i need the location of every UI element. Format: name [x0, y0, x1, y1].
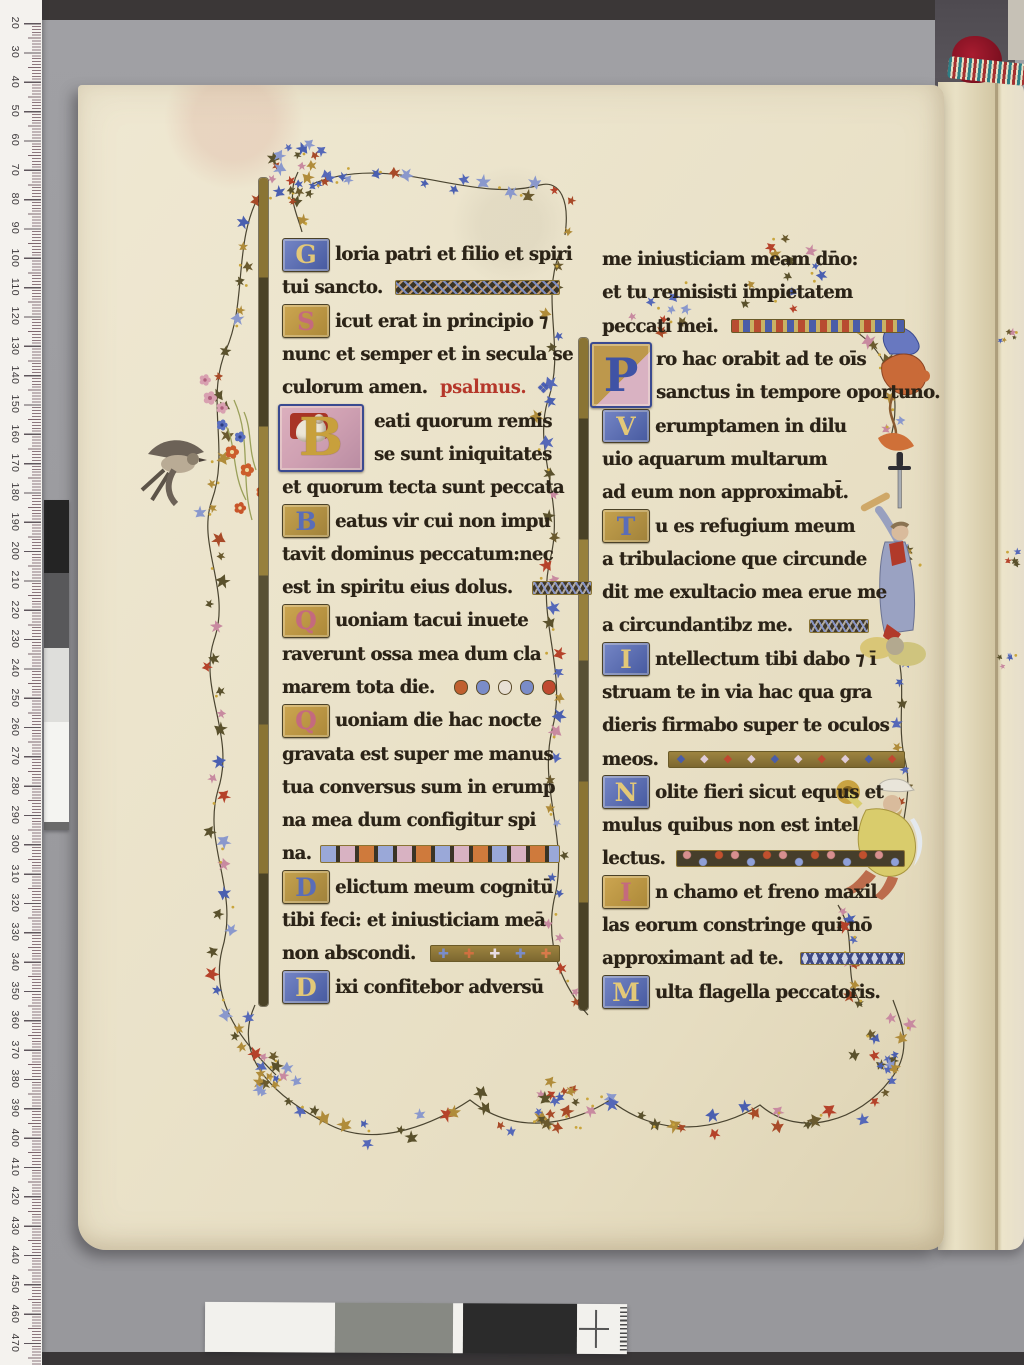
text-line: na. — [282, 837, 560, 870]
copy-stand-top-strip — [38, 0, 1024, 20]
text-line: uio aquarum multarum — [602, 443, 905, 476]
manuscript-text: tua conversus sum in erump — [282, 778, 555, 797]
ruler-label: 210 — [9, 565, 21, 595]
text-line: dit me exultacio mea erue me — [602, 576, 905, 609]
ruler-label: 320 — [9, 888, 21, 918]
manuscript-text: ixi confitebor adversū — [335, 978, 543, 997]
illuminated-initial-N: N — [602, 775, 650, 809]
text-line: a tribulacione que circunde — [602, 543, 905, 576]
illuminated-initial-B: B — [278, 404, 364, 472]
illuminated-initial-D: D — [282, 970, 330, 1004]
manuscript-text: struam te in via hac qua gra — [602, 683, 872, 702]
text-line: approximant ad te. — [602, 942, 905, 975]
illuminated-initial-P: P — [590, 342, 652, 408]
ruler-label: 260 — [9, 712, 21, 742]
text-line: non abscondi.✚✚✚✚✚ — [282, 937, 560, 970]
line-filler — [320, 845, 560, 863]
manuscript-text: na. — [282, 844, 311, 863]
manuscript-text: elictum meum cognitū — [335, 878, 553, 897]
grayscale-patch — [44, 648, 69, 722]
text-column-right: me iniusticiam meam dn̄o:et tu remisisti… — [602, 243, 905, 1009]
manuscript-text: las eorum constringe qui nō — [602, 916, 872, 935]
text-line: et quorum tecta sunt peccata — [282, 471, 560, 504]
manuscript-text: ulta flagella peccatoris. — [655, 983, 880, 1002]
line-filler — [532, 581, 592, 595]
line-filler — [800, 952, 905, 965]
line-filler — [676, 850, 905, 867]
ruler-label: 130 — [9, 331, 21, 361]
ruler-label: 80 — [9, 184, 21, 214]
manuscript-text: se sunt iniquitates — [374, 445, 552, 464]
ruler-label: 60 — [9, 125, 21, 155]
grayscale-calibration-strip — [44, 500, 69, 830]
ruler-label: 430 — [9, 1211, 21, 1241]
ruler-label: 160 — [9, 419, 21, 449]
grayscale-calibration-bar — [205, 1302, 627, 1354]
ruler-label: 270 — [9, 741, 21, 771]
manuscript-text: ad eum non approximabt̄. — [602, 483, 848, 502]
manuscript-text: et tu remisisti impietatem — [602, 283, 853, 302]
ruler-label: 30 — [9, 37, 21, 67]
ruler-label: 290 — [9, 800, 21, 830]
illuminated-initial-S: S — [282, 304, 330, 338]
text-line: Nolite fieri sicut equus et — [602, 776, 905, 809]
manuscript-text: marem tota die. — [282, 678, 435, 697]
fleuron-ornament: ❖ — [537, 379, 550, 397]
ruler-label: 400 — [9, 1123, 21, 1153]
text-line: est in spiritu eius dolus. — [282, 571, 560, 604]
text-line: a circundantibz me. — [602, 609, 905, 642]
ruler-label: 120 — [9, 301, 21, 331]
manuscript-text: non abscondi. — [282, 944, 416, 963]
ruler-label: 180 — [9, 477, 21, 507]
left-column-border-bar — [259, 178, 268, 1006]
calibration-patch — [335, 1303, 453, 1354]
text-line: culorum amen.psalmus.❖ — [282, 371, 560, 404]
illuminated-initial-M: M — [602, 975, 650, 1009]
manuscript-text: tavit dominus peccatum:nec — [282, 545, 553, 564]
illuminated-initial-D: D — [282, 870, 330, 904]
ruler-label: 420 — [9, 1181, 21, 1211]
line-filler — [395, 280, 560, 295]
grayscale-patch — [44, 500, 69, 573]
manuscript-text: mulus quibus non est intel — [602, 816, 858, 835]
page-edge-line — [995, 82, 998, 1250]
ruler-label: 220 — [9, 595, 21, 625]
text-line: gravata est super me manus — [282, 737, 560, 770]
text-line: Dixi confitebor adversū — [282, 971, 560, 1004]
text-line: meos.◆◆◆◆◆◆◆◆◆◆ — [602, 742, 905, 775]
digitized-manuscript-photo: Gloria patri et filio et spiritui sancto… — [0, 0, 1024, 1365]
manuscript-text: n chamo et freno maxil — [655, 883, 877, 902]
manuscript-text: gravata est super me manus — [282, 745, 553, 764]
ruler-label: 70 — [9, 155, 21, 185]
manuscript-text: ro hac orabit ad te oīs — [656, 350, 866, 369]
text-line: Multa flagella peccatoris. — [602, 976, 905, 1009]
manuscript-text: lectus. — [602, 849, 665, 868]
ruler-label: 360 — [9, 1005, 21, 1035]
ruler-label: 170 — [9, 448, 21, 478]
manuscript-text: a tribulacione que circunde — [602, 550, 867, 569]
manuscript-text: tibi feci: et iniusticiam meā — [282, 911, 545, 930]
copy-stand-bottom-strip — [42, 1352, 1024, 1365]
crosshair-icon — [577, 1304, 619, 1354]
text-line: nunc et semper et in secula se — [282, 338, 560, 371]
ruler-label: 230 — [9, 624, 21, 654]
ruler-label: 340 — [9, 947, 21, 977]
ruler-label: 110 — [9, 272, 21, 302]
manuscript-text: na mea dum configitur spi — [282, 811, 536, 830]
ruler-label: 380 — [9, 1064, 21, 1094]
ruler-major-ticks — [24, 23, 41, 1365]
text-line: marem tota die. — [282, 671, 560, 704]
text-line: raverunt ossa mea dum cla — [282, 638, 560, 671]
ruler-label: 350 — [9, 976, 21, 1006]
ruler-label: 280 — [9, 771, 21, 801]
text-line: Tu es refugium meum — [602, 509, 905, 542]
ruler-label: 450 — [9, 1269, 21, 1299]
manuscript-text: approximant ad te. — [602, 949, 783, 968]
text-line: Sicut erat in principio ⁊ — [282, 305, 560, 338]
line-filler: ✚✚✚✚✚ — [430, 945, 560, 962]
text-line: mulus quibus non est intel — [602, 809, 905, 842]
text-line: Gloria patri et filio et spiri — [282, 238, 560, 271]
manuscript-text: est in spiritu eius dolus. — [282, 578, 512, 597]
text-line: las eorum constringe qui nō — [602, 909, 905, 942]
ruler-label: 370 — [9, 1035, 21, 1065]
text-line: Quoniam die hac nocte — [282, 704, 560, 737]
ruler-label: 330 — [9, 917, 21, 947]
text-line: Delictum meum cognitū — [282, 871, 560, 904]
text-line: et tu remisisti impietatem — [602, 276, 905, 309]
illuminated-initial-I: I — [602, 642, 650, 676]
right-column-border-bar — [579, 338, 588, 1010]
text-line: na mea dum configitur spi — [282, 804, 560, 837]
ruler-label: 240 — [9, 653, 21, 683]
manuscript-text: sanctus in tempore oportuno. — [656, 383, 940, 402]
rubric-psalmus: psalmus. — [440, 378, 526, 397]
calibration-patch — [205, 1302, 335, 1353]
illuminated-initial-Q: Q — [282, 604, 330, 638]
text-line: In chamo et freno maxil — [602, 876, 905, 909]
grayscale-patch — [44, 822, 69, 830]
illuminated-initial-I: I — [602, 875, 650, 909]
manuscript-text: u es refugium meum — [655, 517, 855, 536]
calibration-patch — [463, 1303, 577, 1354]
manuscript-text: eatus vir cui non impu — [335, 512, 550, 531]
text-line: Beatus vir cui non impu — [282, 504, 560, 537]
ruler-label: 150 — [9, 389, 21, 419]
illuminated-initial-V: V — [602, 409, 650, 443]
ruler-label: 250 — [9, 683, 21, 713]
text-line: ad eum non approximabt̄. — [602, 476, 905, 509]
illuminated-initial-B: B — [282, 504, 330, 538]
text-line: tui sancto. — [282, 271, 560, 304]
illuminated-initial-T: T — [602, 509, 650, 543]
manuscript-text: raverunt ossa mea dum cla — [282, 645, 541, 664]
line-filler — [450, 680, 560, 696]
manuscript-text: nunc et semper et in secula se — [282, 345, 573, 364]
grayscale-patch — [44, 722, 69, 822]
text-line: tua conversus sum in erump — [282, 771, 560, 804]
illuminated-initial-Q: Q — [282, 704, 330, 738]
manuscript-text: meos. — [602, 750, 658, 769]
ruler-label: 460 — [9, 1299, 21, 1329]
manuscript-text: uoniam die hac nocte — [335, 711, 541, 730]
line-filler — [809, 619, 869, 633]
ruler-label: 440 — [9, 1240, 21, 1270]
calibration-patch — [577, 1304, 627, 1354]
text-line: dieris firmabo super te oculos — [602, 709, 905, 742]
ruler-label: 40 — [9, 67, 21, 97]
ruler-label: 470 — [9, 1328, 21, 1358]
text-line: struam te in via hac qua gra — [602, 676, 905, 709]
ruler-label: 410 — [9, 1152, 21, 1182]
mat-corner-top-right — [1008, 0, 1024, 60]
manuscript-text: ntellectum tibi dabo ⁊ ī — [655, 650, 876, 669]
ruler-label: 190 — [9, 507, 21, 537]
line-filler: ◆◆◆◆◆◆◆◆◆◆ — [668, 751, 905, 768]
manuscript-text: icut erat in principio ⁊ — [335, 312, 548, 331]
text-line: Quoniam tacui inuete — [282, 604, 560, 637]
manuscript-text: me iniusticiam meam dn̄o: — [602, 250, 858, 269]
manuscript-text: et quorum tecta sunt peccata — [282, 478, 564, 497]
text-line: Verumptamen in dilu — [602, 409, 905, 442]
ruler-label: 90 — [9, 213, 21, 243]
manuscript-text: culorum amen. — [282, 378, 427, 397]
manuscript-text: erumptamen in dilu — [655, 417, 846, 436]
text-line: lectus. — [602, 842, 905, 875]
book-fore-edge-pages — [938, 82, 1024, 1250]
manuscript-text: uoniam tacui inuete — [335, 611, 528, 630]
manuscript-text: olite fieri sicut equus et — [655, 783, 883, 802]
measurement-ruler: 2030405060708090100110120130140150160170… — [0, 0, 42, 1365]
ruler-label: 390 — [9, 1093, 21, 1123]
ruler-label: 140 — [9, 360, 21, 390]
grayscale-patch — [44, 573, 69, 648]
text-line: tavit dominus peccatum:nec — [282, 538, 560, 571]
text-column-left: Gloria patri et filio et spiritui sancto… — [282, 238, 560, 1004]
manuscript-text: tui sancto. — [282, 278, 383, 297]
text-line: peccati mei. — [602, 310, 905, 343]
text-line: tibi feci: et iniusticiam meā — [282, 904, 560, 937]
line-filler — [731, 319, 905, 333]
manuscript-text: loria patri et filio et spiri — [335, 245, 572, 264]
ruler-label: 20 — [9, 8, 21, 38]
ruler-label: 100 — [9, 243, 21, 273]
manuscript-text: uio aquarum multarum — [602, 450, 827, 469]
resolution-ticks — [620, 1307, 627, 1351]
illuminated-initial-G: G — [282, 238, 330, 272]
text-line: me iniusticiam meam dn̄o: — [602, 243, 905, 276]
manuscript-text: peccati mei. — [602, 317, 718, 336]
manuscript-text: eati quorum remis — [374, 412, 552, 431]
manuscript-text: dieris firmabo super te oculos — [602, 716, 889, 735]
text-line: Intellectum tibi dabo ⁊ ī — [602, 643, 905, 676]
ruler-label: 50 — [9, 96, 21, 126]
ruler-label: 200 — [9, 536, 21, 566]
manuscript-text: dit me exultacio mea erue me — [602, 583, 886, 602]
calibration-patch — [453, 1303, 463, 1353]
manuscript-text: a circundantibz me. — [602, 616, 792, 635]
ruler-label: 300 — [9, 829, 21, 859]
ruler-label: 310 — [9, 859, 21, 889]
